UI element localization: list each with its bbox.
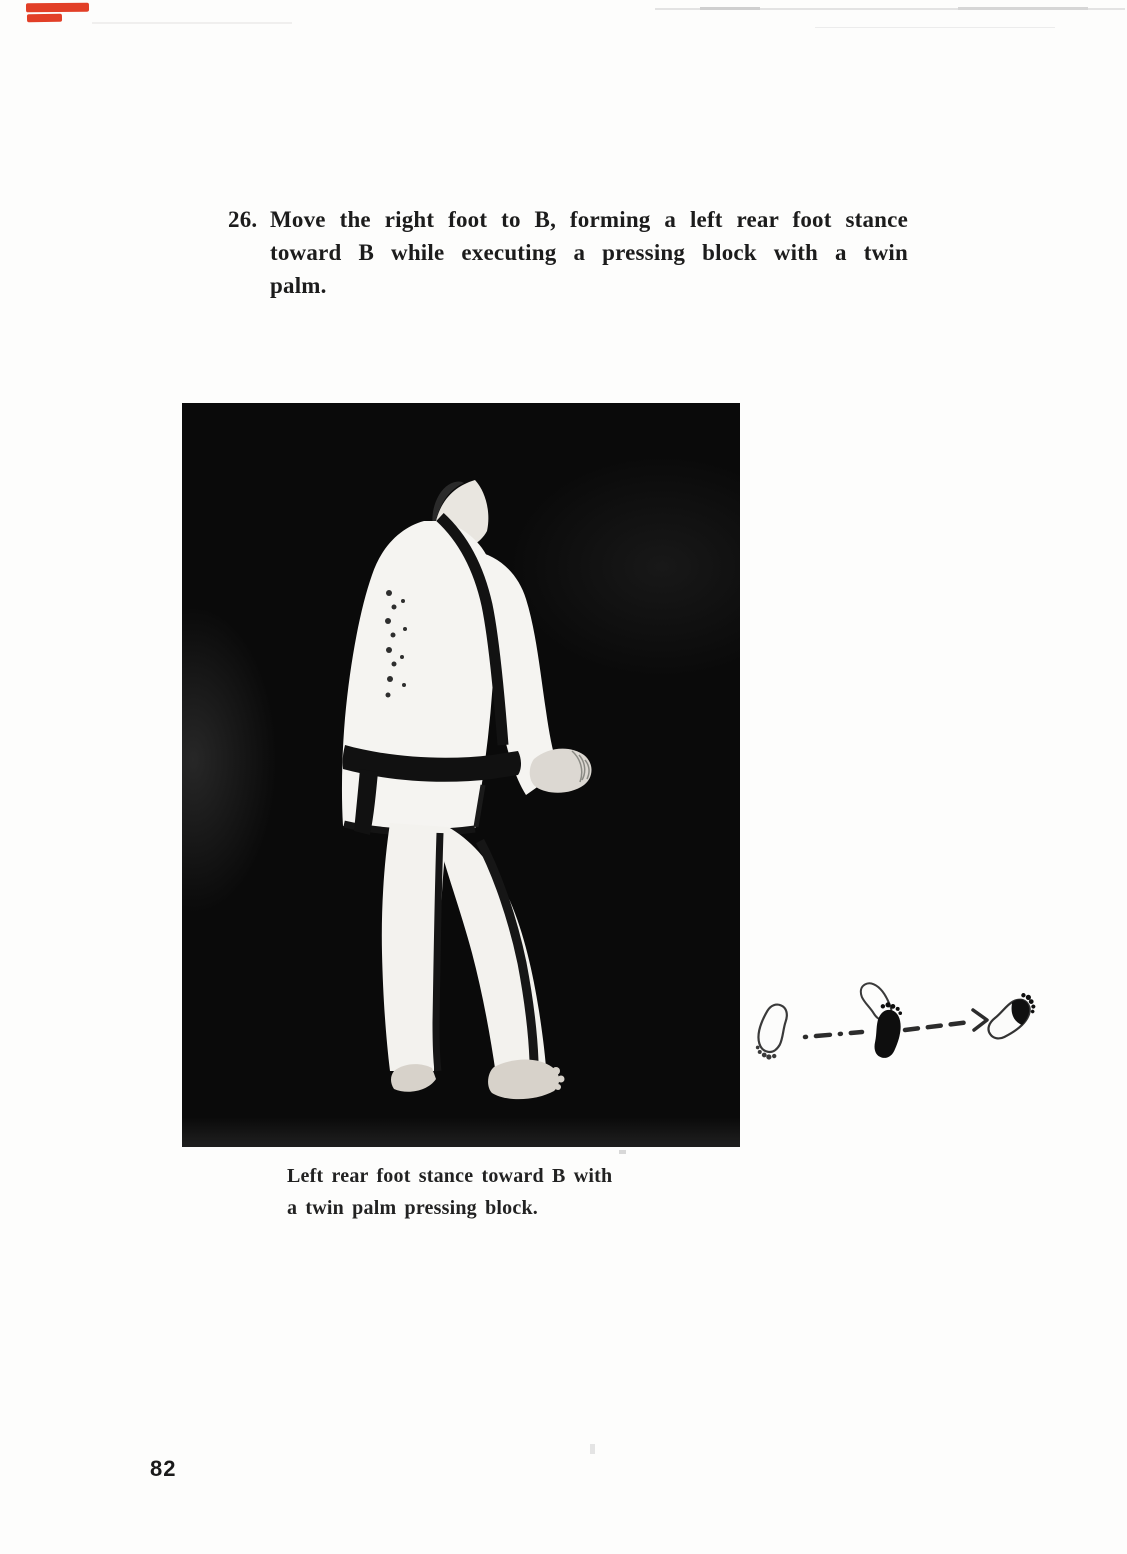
movement-path-dashes: [805, 1032, 862, 1037]
left-foot-start-icon: [754, 1002, 789, 1062]
instruction-line: 26. Move the right foot to B, forming a …: [228, 203, 908, 236]
scan-line-artifact: [92, 22, 292, 24]
right-foot-end-icon: [984, 989, 1041, 1046]
caption-line: a twin palm pressing block.: [287, 1192, 612, 1224]
instruction-step-26: 26. Move the right foot to B, forming a …: [228, 203, 908, 302]
stance-photograph: [182, 403, 740, 1147]
instruction-text: Move the right foot to B, forming a left…: [270, 203, 908, 236]
bare-feet: [391, 1060, 565, 1100]
photo-caption: Left rear foot stance toward B with a tw…: [287, 1160, 612, 1224]
footwork-diagram: [742, 978, 1047, 1083]
front-foot: [488, 1060, 559, 1100]
scan-line-artifact: [815, 27, 1055, 28]
red-scan-mark: [26, 3, 89, 13]
step-number: 26.: [228, 203, 270, 236]
instruction-text: toward B while executing a pressing bloc…: [270, 236, 908, 269]
scan-line-artifact: [958, 7, 1088, 10]
martial-artist-figure: [182, 403, 740, 1147]
rear-leg-stripe: [436, 833, 440, 1071]
scan-speck: [619, 1150, 626, 1154]
scan-speck: [590, 1444, 595, 1454]
caption-line: Left rear foot stance toward B with: [287, 1160, 612, 1192]
page-number: 82: [150, 1456, 176, 1482]
red-scan-mark: [27, 14, 62, 23]
arrowhead-icon: [973, 1010, 987, 1030]
instruction-text: palm.: [270, 269, 908, 302]
book-page: 26. Move the right foot to B, forming a …: [0, 0, 1127, 1554]
dobok-trousers: [382, 823, 546, 1075]
scan-line-artifact: [700, 7, 760, 10]
movement-path-dashes: [905, 1022, 970, 1030]
